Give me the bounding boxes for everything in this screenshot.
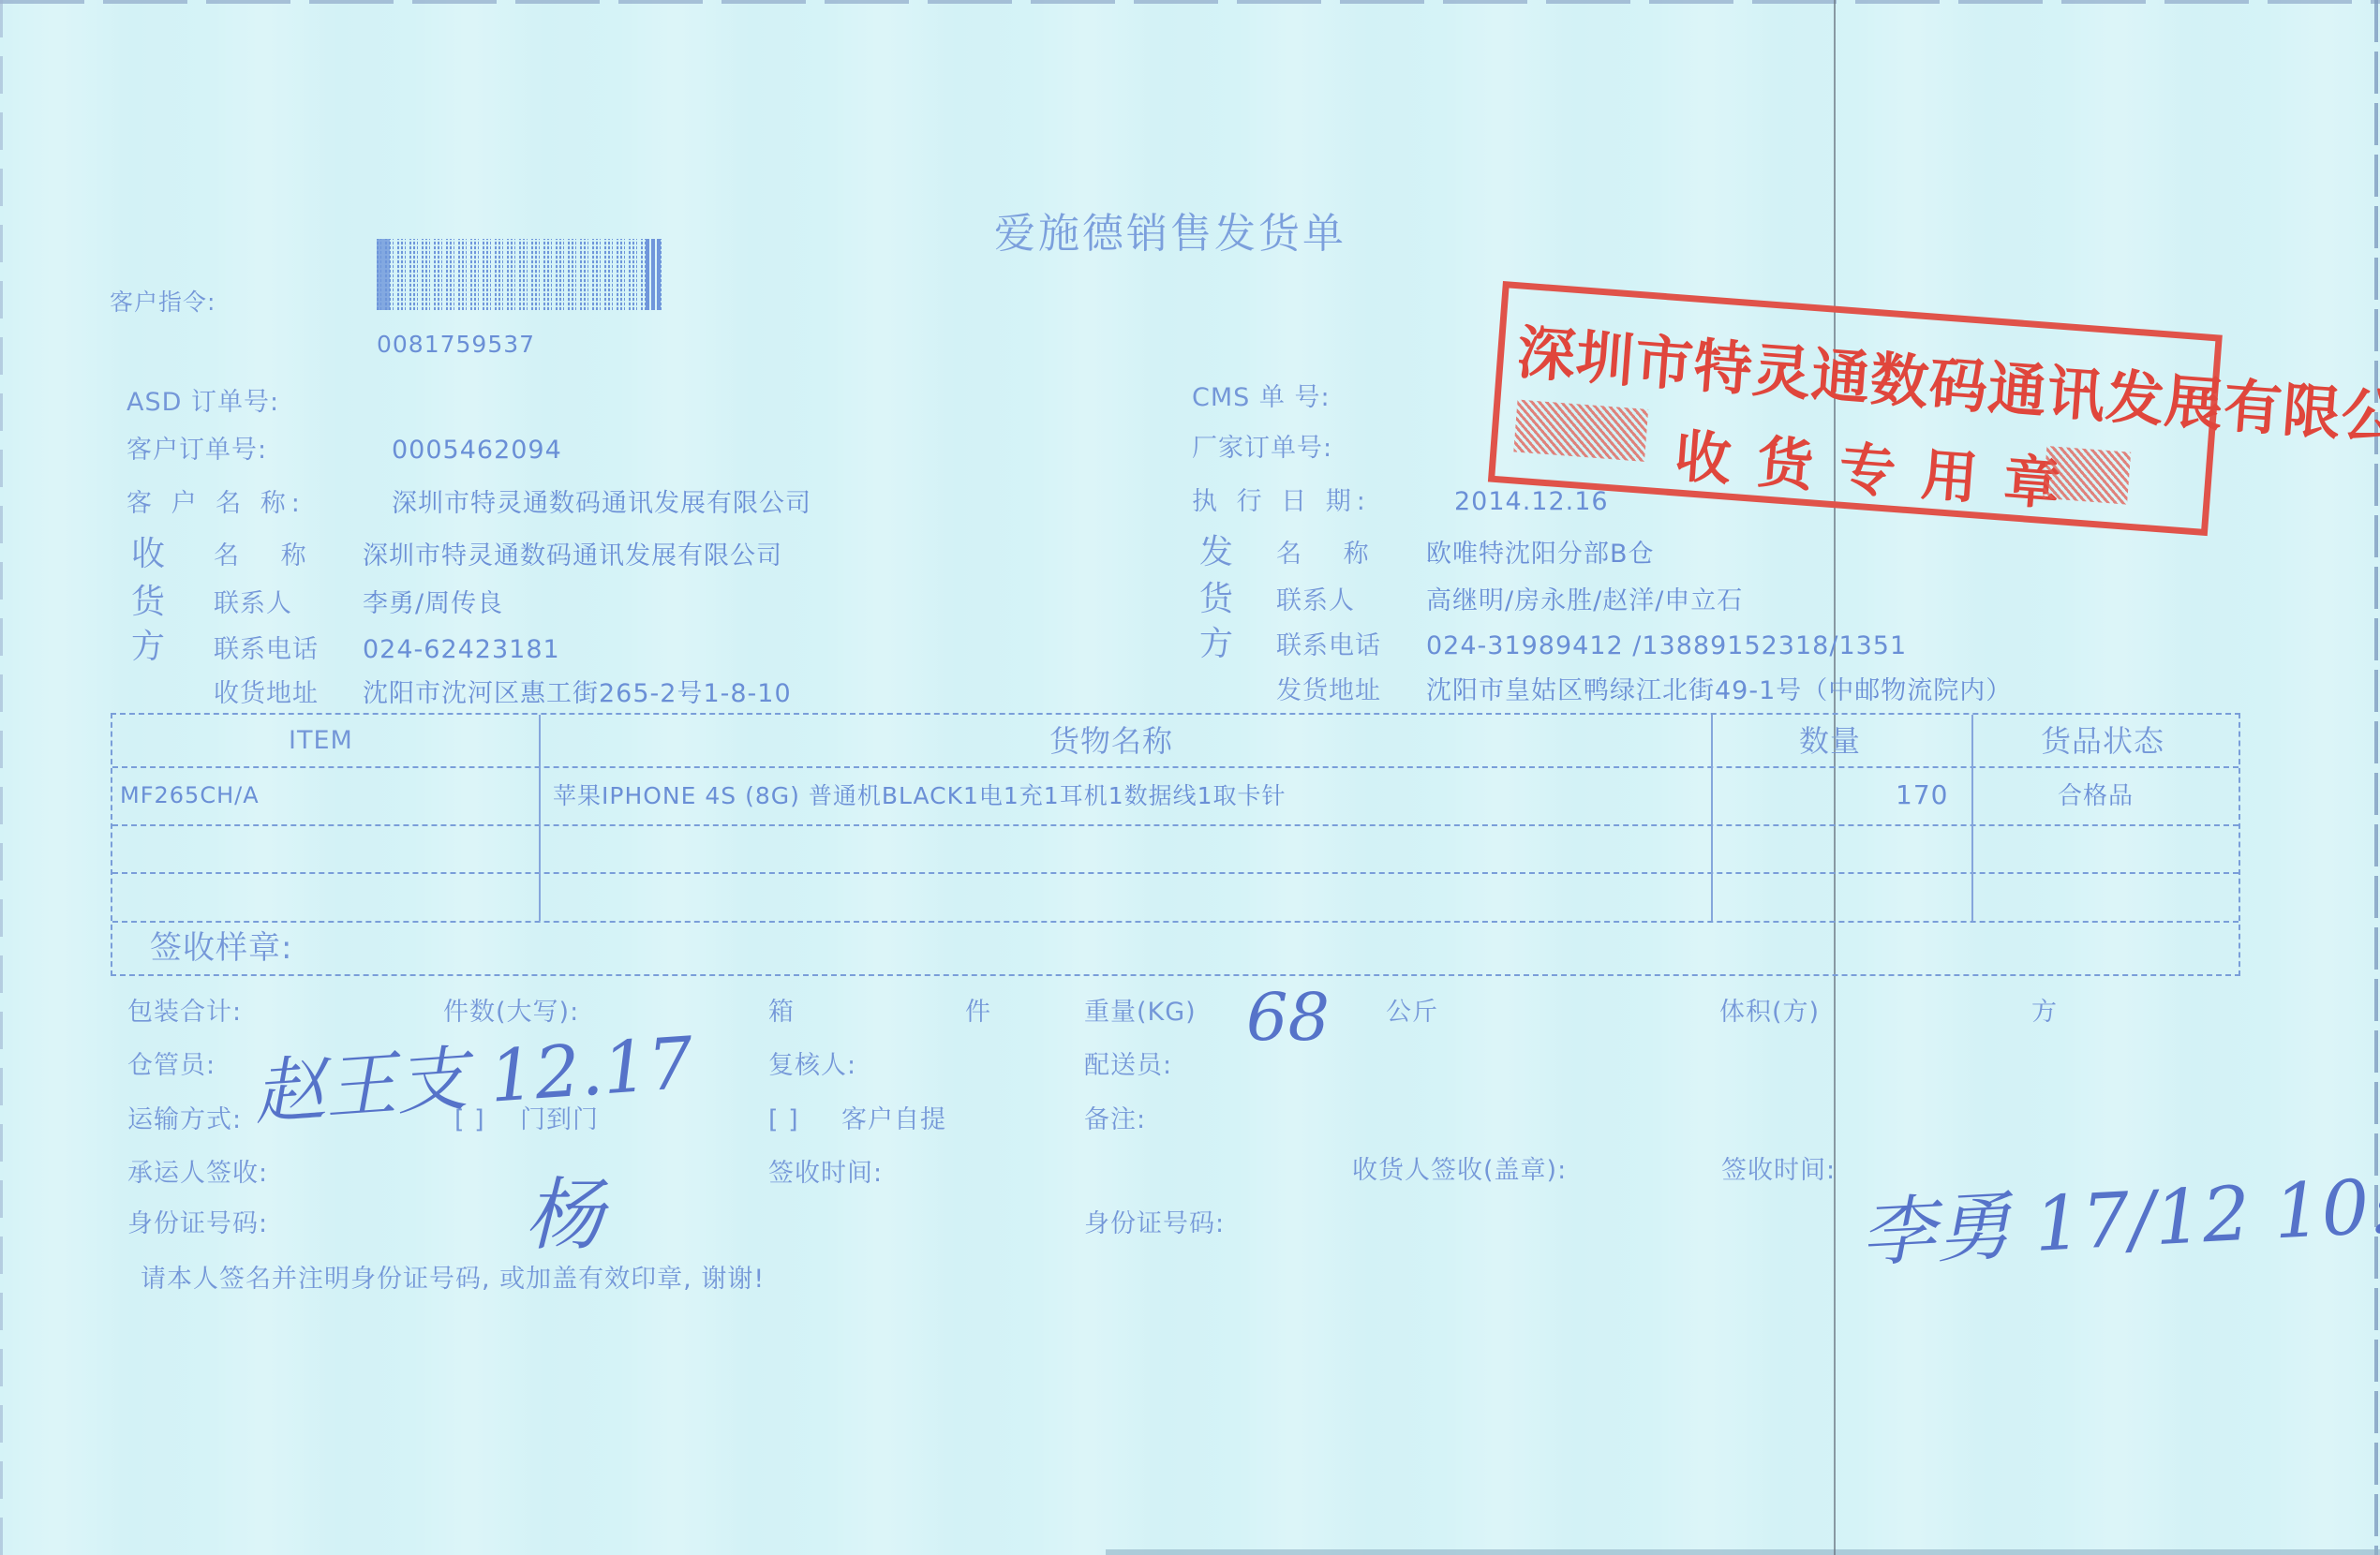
- table-divider: [112, 766, 2239, 768]
- id-number-label-right: 身份证号码:: [1084, 1211, 1225, 1237]
- consignee-phone-label: 联系电话: [214, 637, 319, 662]
- row-quantity: 170: [1896, 782, 1948, 808]
- deliverer-label: 配送员:: [1084, 1053, 1172, 1078]
- row-status: 合格品: [2058, 784, 2134, 808]
- volume-unit: 方: [2031, 1000, 2058, 1025]
- consignee-contact-value: 李勇/周传良: [363, 591, 503, 616]
- consignee-phone-value: 024-62423181: [363, 637, 560, 662]
- table-divider: [112, 921, 2239, 923]
- shipper-name-label: 名 称: [1276, 541, 1386, 567]
- row-item-code: MF265CH/A: [120, 784, 260, 807]
- column-header-goods-name: 货物名称: [1049, 726, 1173, 756]
- bottom-edge: [1106, 1549, 2380, 1555]
- remarks-label: 备注:: [1084, 1107, 1146, 1133]
- shipper-phone-value: 024-31989412 /13889152318/1351: [1426, 633, 1907, 659]
- package-total-label: 包装合计:: [127, 1000, 242, 1025]
- document-title: 爱施德销售发货单: [994, 214, 1346, 255]
- consignee-name-value: 深圳市特灵通数码通讯发展有限公司: [363, 543, 782, 569]
- cms-number-label: CMS 单 号:: [1192, 385, 1331, 410]
- column-divider: [539, 715, 541, 921]
- carrier-signature: 杨: [525, 1152, 603, 1266]
- id-number-label: 身份证号码:: [127, 1211, 268, 1237]
- goods-table: ITEM 货物名称 数量 货品状态 MF265CH/A 苹果IPHONE 4S …: [111, 713, 2240, 976]
- shipper-contact-value: 高继明/房永胜/赵洋/申立石: [1426, 588, 1743, 614]
- row-goods-name: 苹果IPHONE 4S (8G) 普通机BLACK1电1充1耳机1数据线1取卡针: [553, 784, 1287, 807]
- exec-date-value: 2014.12.16: [1454, 489, 1609, 514]
- piece-label: 件: [965, 1000, 991, 1025]
- door-to-door-label: 门到门: [520, 1107, 599, 1133]
- receiver-sign-time-label: 签收时间:: [1721, 1158, 1836, 1183]
- volume-label: 体积(方): [1719, 1000, 1820, 1025]
- column-header-quantity: 数量: [1799, 726, 1861, 756]
- self-pickup-label: 客户自提: [841, 1107, 946, 1133]
- consignee-side-char-1: 收: [131, 538, 166, 571]
- right-perforation: [2374, 0, 2378, 1555]
- consignee-contact-label: 联系人: [214, 591, 292, 616]
- shipper-phone-label: 联系电话: [1276, 633, 1381, 659]
- shipper-side-char-1: 发: [1199, 536, 1234, 570]
- shipper-name-value: 欧唯特沈阳分部B仓: [1426, 541, 1655, 567]
- shipper-contact-label: 联系人: [1276, 588, 1355, 614]
- door-to-door-checkbox[interactable]: [ ]: [454, 1107, 485, 1133]
- customer-name-value: 深圳市特灵通数码通讯发展有限公司: [392, 491, 811, 516]
- consignee-name-label: 名 称: [214, 543, 323, 569]
- shipper-address-value: 沈阳市皇姑区鸭绿江北街49-1号（中邮物流院内）: [1426, 678, 2012, 703]
- asd-order-label: ASD 订单号:: [126, 390, 279, 415]
- column-divider: [1971, 715, 1973, 921]
- barcode-number: 0081759537: [377, 333, 535, 356]
- transport-method-label: 运输方式:: [127, 1107, 242, 1133]
- weight-unit: 公斤: [1386, 1000, 1438, 1025]
- exec-date-label: 执 行 日 期:: [1192, 489, 1371, 514]
- customer-name-label: 客 户 名 称:: [126, 491, 305, 516]
- column-header-status: 货品状态: [2041, 726, 2164, 756]
- left-perforation: [0, 0, 3, 1555]
- reviewer-label: 复核人:: [768, 1053, 856, 1078]
- factory-order-label: 厂家订单号:: [1192, 436, 1332, 461]
- customer-order-value: 0005462094: [392, 437, 562, 463]
- signature-notice: 请本人签名并注明身份证号码, 或加盖有效印章, 谢谢!: [141, 1266, 765, 1292]
- consignee-side-char-2: 货: [131, 585, 166, 619]
- shipper-side-char-3: 方: [1199, 628, 1234, 661]
- customer-instruction-label: 客户指令:: [110, 290, 216, 314]
- stamp-smudge-left: [1513, 400, 1648, 462]
- signature-stamp-label: 签收样章:: [150, 932, 292, 964]
- stamp-smudge-right: [2043, 446, 2131, 505]
- weight-label: 重量(KG): [1084, 1000, 1197, 1025]
- sign-time-label: 签收时间:: [768, 1161, 883, 1186]
- consignee-address-label: 收货地址: [214, 681, 319, 706]
- pdf417-barcode: [377, 239, 662, 310]
- consignee-address-value: 沈阳市沈河区惠工街265-2号1-8-10: [363, 681, 792, 706]
- shipper-address-label: 发货地址: [1276, 678, 1381, 703]
- table-divider: [112, 872, 2239, 874]
- shipper-side-char-2: 货: [1199, 583, 1234, 616]
- receiver-sign-label: 收货人签收(盖章):: [1352, 1158, 1567, 1183]
- consignee-side-char-3: 方: [131, 630, 166, 664]
- top-perforation: [0, 0, 2380, 4]
- table-divider: [112, 824, 2239, 826]
- column-divider: [1711, 715, 1713, 921]
- weight-value-handwritten: 68: [1246, 979, 1330, 1056]
- carrier-sign-label: 承运人签收:: [127, 1161, 268, 1186]
- column-header-item: ITEM: [289, 728, 353, 753]
- box-label: 箱: [768, 1000, 795, 1025]
- customer-order-label: 客户订单号:: [126, 437, 267, 463]
- warehouse-keeper-label: 仓管员:: [127, 1053, 216, 1078]
- self-pickup-checkbox[interactable]: [ ]: [768, 1107, 799, 1133]
